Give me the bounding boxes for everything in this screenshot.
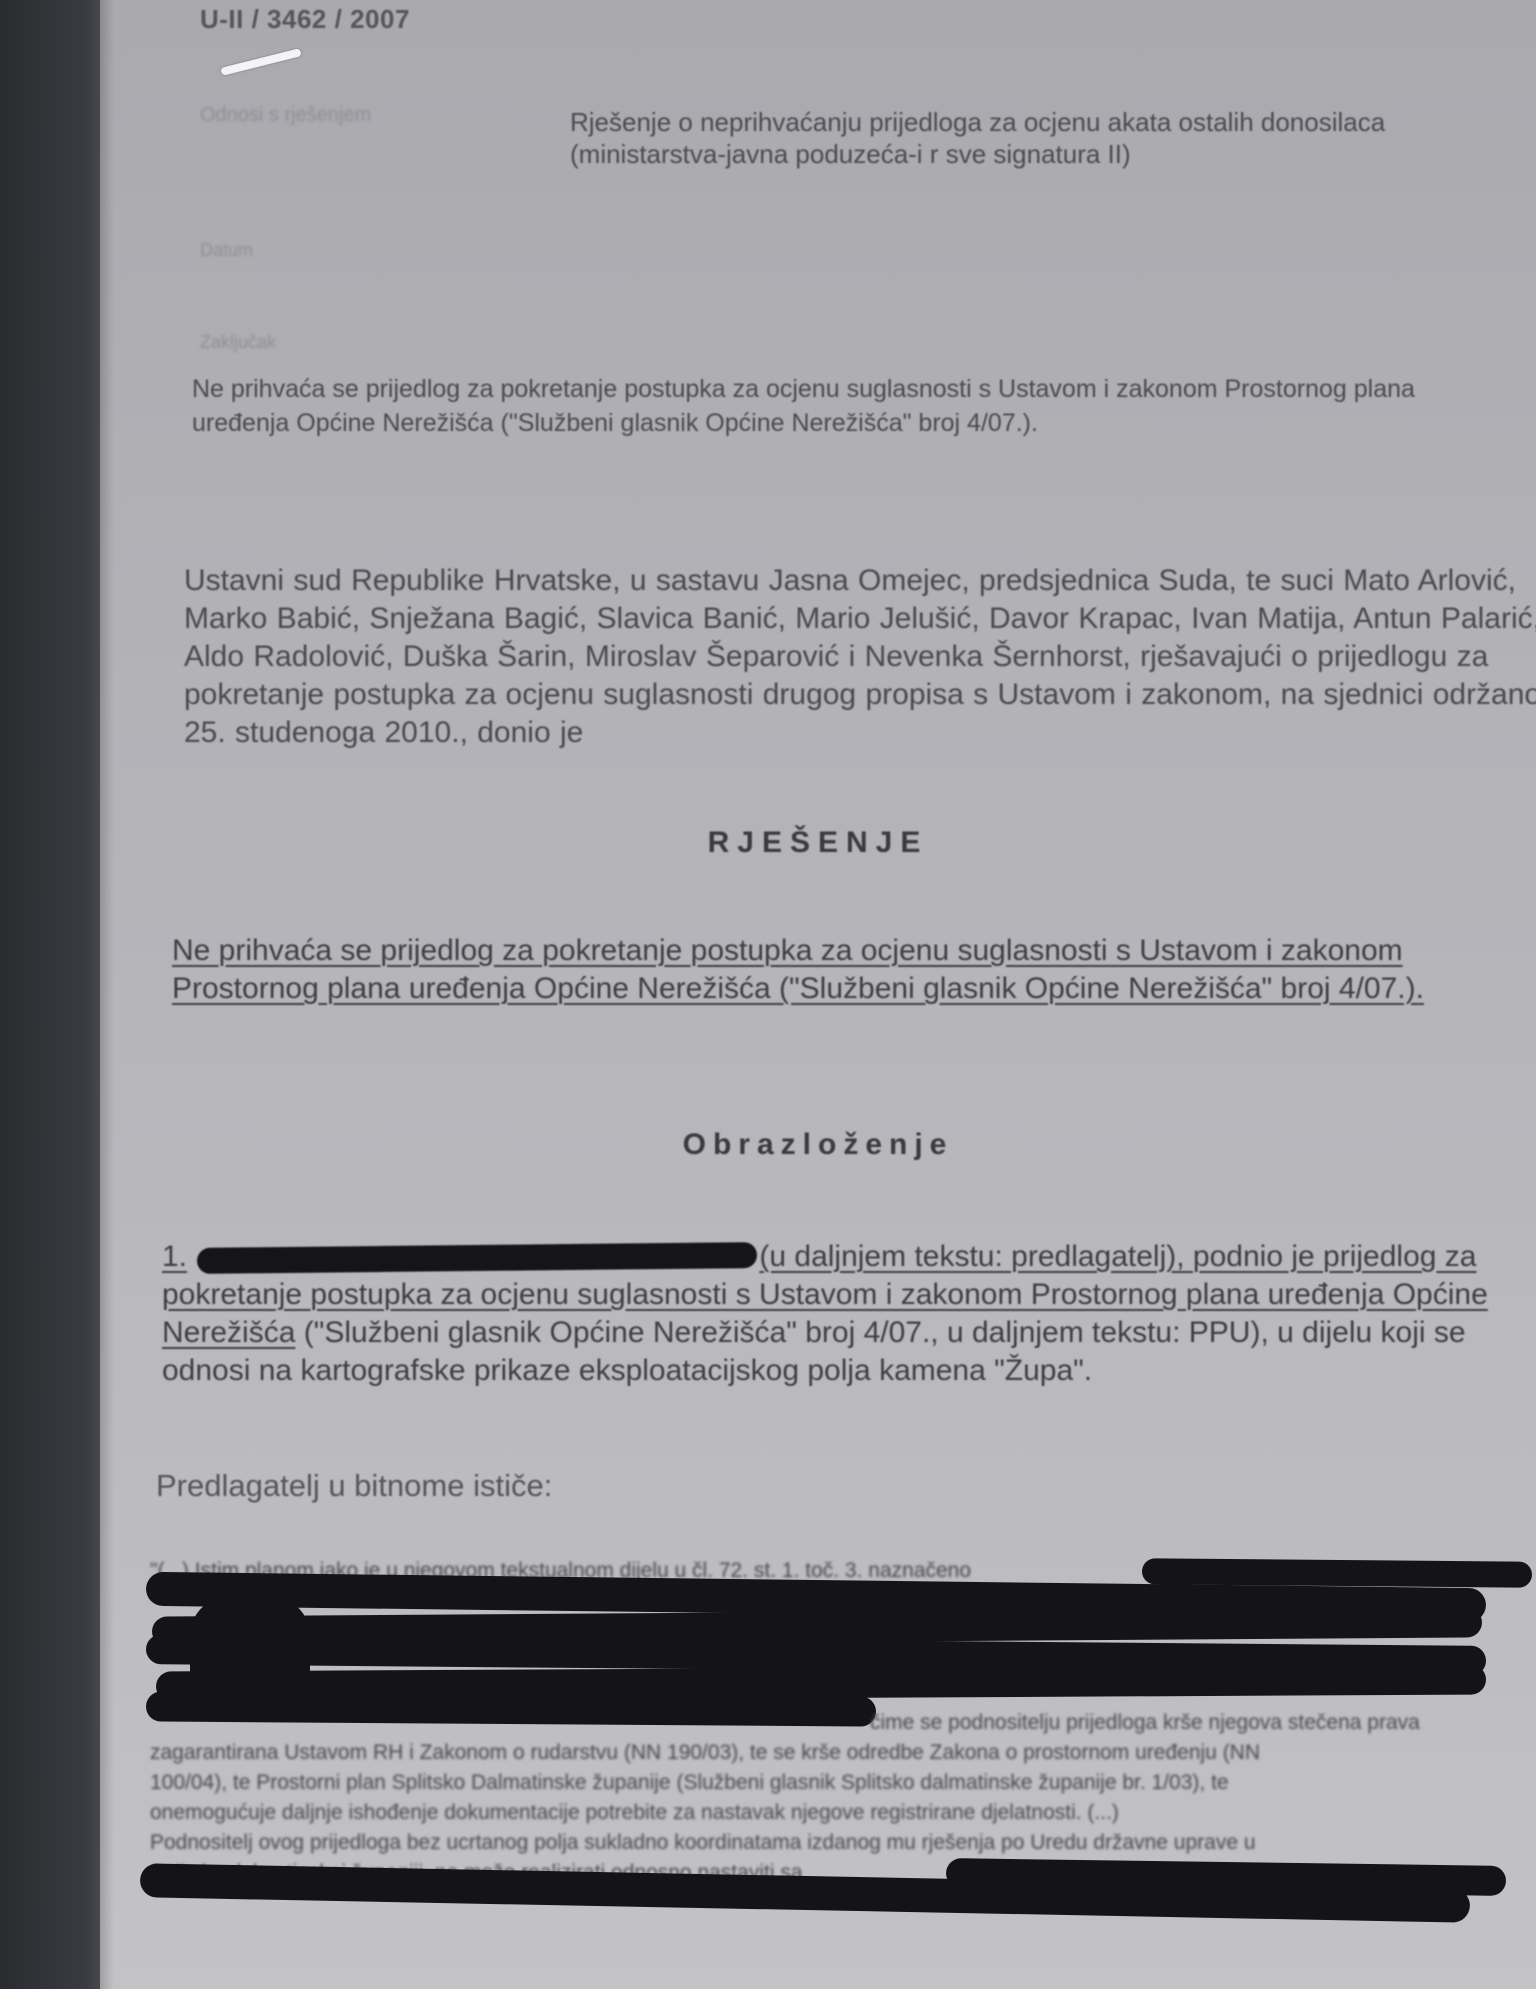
quote-line: Podnositelj ovog prijedloga bez ucrtanog… <box>150 1828 1536 1858</box>
photo-background <box>0 0 100 1989</box>
document-type-line1: Rješenje o neprihvaćanju prijedloga za o… <box>570 106 1470 138</box>
label-conclusion: Zaključak <box>200 332 276 353</box>
applicant-claims-intro: Predlagatelj u bitnome ističe: <box>156 1468 552 1504</box>
reasoning-heading: Obrazloženje <box>100 1128 1536 1162</box>
ruling-heading: RJEŠENJE <box>100 826 1536 860</box>
conclusion-summary: Ne prihvaća se prijedlog za pokretanje p… <box>192 372 1452 440</box>
quote-continuation: čime se podnositelju prijedloga krše nje… <box>150 1708 1536 1888</box>
redaction-mark <box>197 1242 757 1274</box>
pen-mark <box>220 48 301 76</box>
label-date: Datum <box>200 240 253 261</box>
paragraph-number: 1. <box>162 1240 187 1273</box>
document-type-line2: (ministarstva-javna poduzeća-i r sve sig… <box>570 138 1470 170</box>
ruling-text-underlined: Ne prihvaća se prijedlog za pokretanje p… <box>172 934 1424 1005</box>
quote-line: 100/04), te Prostorni plan Splitsko Dalm… <box>150 1768 1536 1798</box>
quote-tail-start: čime se podnositelju prijedloga krše nje… <box>150 1708 1536 1738</box>
document-page: U-II / 3462 / 2007 Odnosi s rješenjem Da… <box>100 0 1536 1989</box>
document-type: Rješenje o neprihvaćanju prijedloga za o… <box>570 106 1470 170</box>
redaction-mark <box>1142 1558 1532 1587</box>
quote-line: onemogućuje daljnje ishođenje dokumentac… <box>150 1798 1536 1828</box>
reasoning-paragraph-1: 1. (u daljnjem tekstu: predlagatelj), po… <box>162 1238 1536 1390</box>
case-number: U-II / 3462 / 2007 <box>200 4 410 35</box>
ruling-text: Ne prihvaća se prijedlog za pokretanje p… <box>172 932 1492 1008</box>
label-relation: Odnosi s rješenjem <box>200 104 371 127</box>
court-composition-paragraph: Ustavni sud Republike Hrvatske, u sastav… <box>184 562 1536 752</box>
redaction-mark <box>190 1596 310 1716</box>
quote-line: zagarantirana Ustavom RH i Zakonom o rud… <box>150 1738 1536 1768</box>
paragraph-rest-text: ("Službeni glasnik Općine Nerežišća" bro… <box>162 1316 1466 1387</box>
